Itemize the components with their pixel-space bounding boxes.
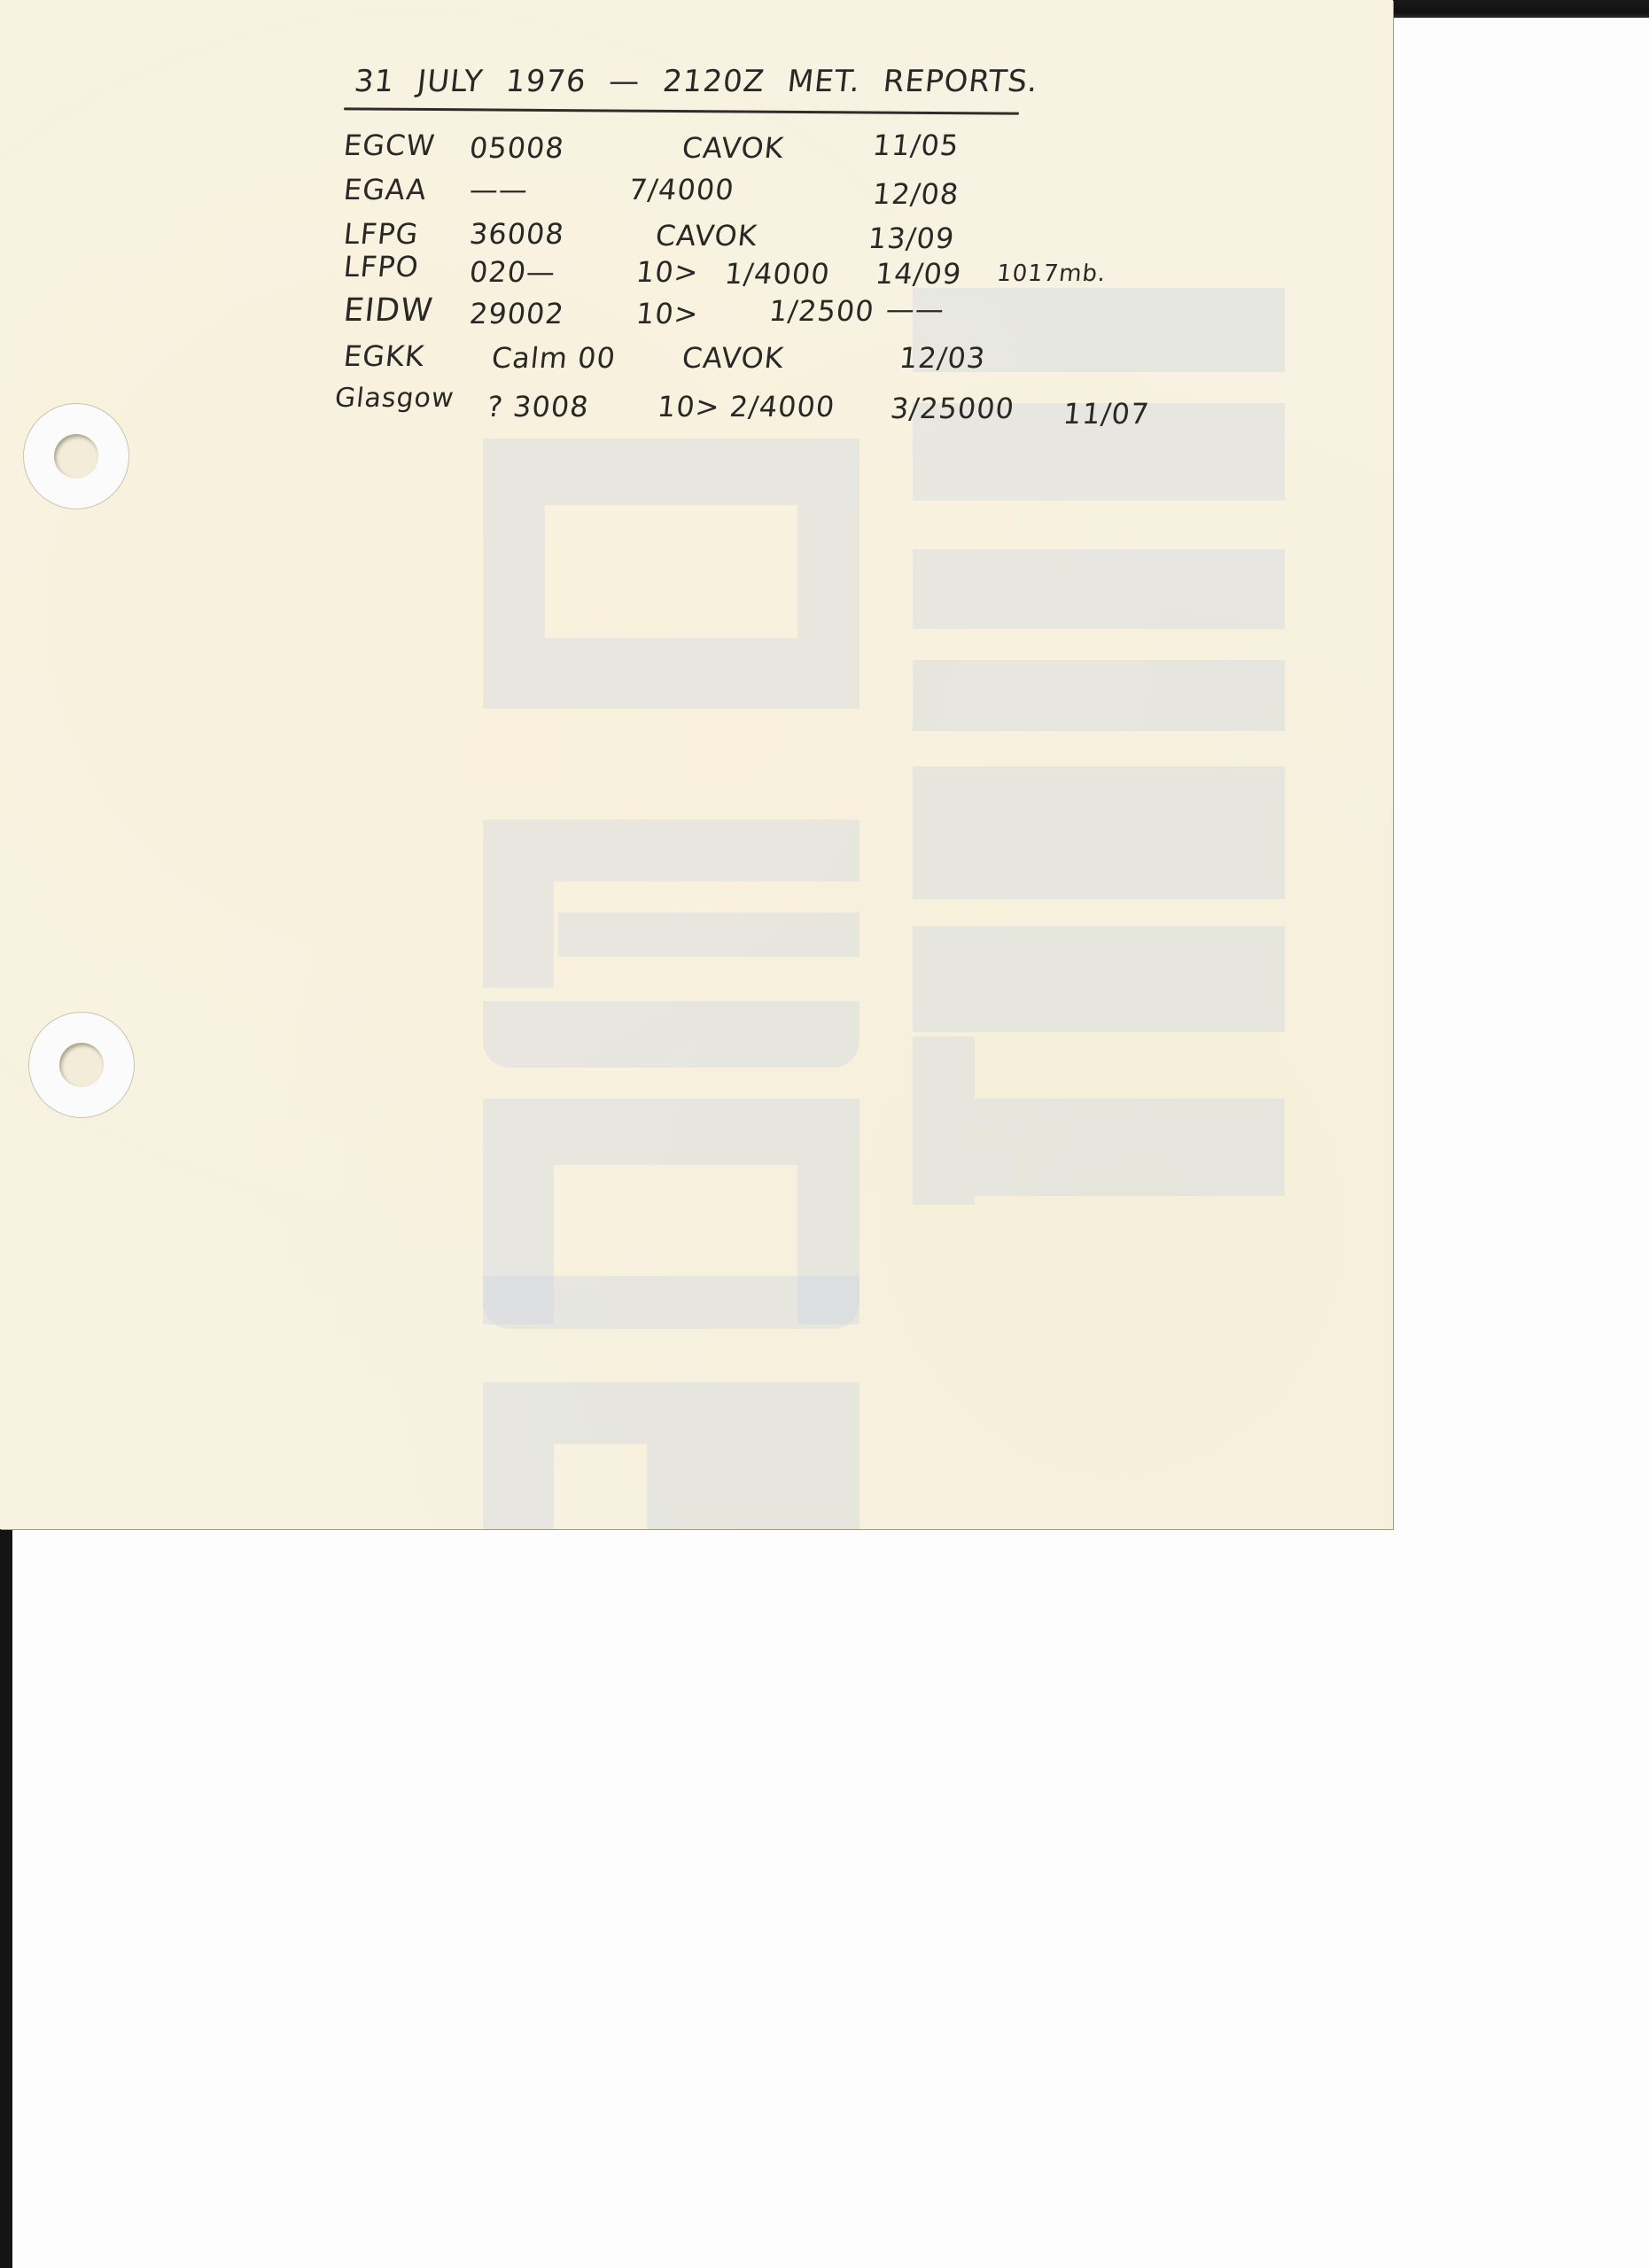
station-name: Glasgow [333,383,455,414]
wind: 05008 [468,131,566,165]
bleed-through-letter [483,505,545,638]
bleed-through-letter [913,549,1285,629]
bleed-through-letter [913,926,1285,1032]
temp-dewpoint: —— [884,292,946,326]
wind: —— [468,173,530,206]
visibility: 10> [634,297,701,330]
wind: ? 3008 [486,390,591,423]
bleed-through-letter [483,882,554,988]
temp-dewpoint: 12/08 [871,177,961,211]
bleed-through-letter [483,1444,554,1529]
punched-hole [59,1043,104,1087]
wind: Calm 00 [490,341,618,375]
station-code: LFPO [342,250,421,283]
wind: 020— [468,255,557,289]
station-code: EGAA [342,173,429,206]
title-separator: — [607,64,642,99]
document-title: 31 JULY 1976 — 2120Z MET. REPORTS. [353,64,1040,99]
temp-dewpoint: 12/03 [898,341,987,375]
title-date: 31 JULY 1976 [353,64,588,99]
temp-dewpoint: 11/05 [871,128,961,162]
visibility: 7/4000 [627,173,736,206]
bleed-through-letter [483,1276,860,1329]
bleed-through-letter [975,1099,1285,1196]
temp-dewpoint: 11/07 [1062,397,1151,431]
hole-reinforcement-ring [24,404,128,509]
station-code: LFPG [342,217,420,251]
title-time: 2120Z [661,64,766,99]
bleed-through-letter [483,1001,860,1068]
punched-hole [54,434,98,478]
station-code: EGCW [342,128,437,162]
bleed-through-letter [483,1099,860,1165]
bleed-through-letter [558,913,860,957]
bleed-through-letter [913,1037,975,1205]
title-heading: MET. REPORTS. [786,64,1040,99]
visibility: 10> 2/4000 [656,390,836,423]
visibility: CAVOK [654,219,759,252]
temp-dewpoint: 14/09 [874,257,963,291]
paper-sheet: 31 JULY 1976 — 2120Z MET. REPORTS. EGCW … [0,0,1393,1529]
bleed-through-letter [913,766,1285,899]
hole-reinforcement-ring [29,1013,134,1117]
station-code: EGKK [342,339,426,373]
cloud: 1/4000 [723,257,832,291]
visibility: 10> [634,255,701,289]
bleed-through-letter [483,439,860,505]
bleed-through-letter [797,505,860,638]
bleed-through-letter [647,1444,860,1529]
temp-dewpoint: 13/09 [867,221,956,255]
bleed-through-letter [483,1382,860,1444]
cloud: 1/2500 [767,294,876,328]
wind: 36008 [468,217,566,251]
cloud: 3/25000 [889,392,1016,425]
pressure: 1017mb. [995,260,1107,287]
bleed-through-letter [483,819,860,882]
bleed-through-letter [483,638,860,709]
bleed-through-letter [913,660,1285,731]
title-underline [344,107,1019,114]
wind: 29002 [468,297,566,330]
station-code: EIDW [342,292,435,329]
scanner-edge-left [0,1528,12,2268]
visibility: CAVOK [681,131,786,165]
visibility: CAVOK [681,341,786,375]
